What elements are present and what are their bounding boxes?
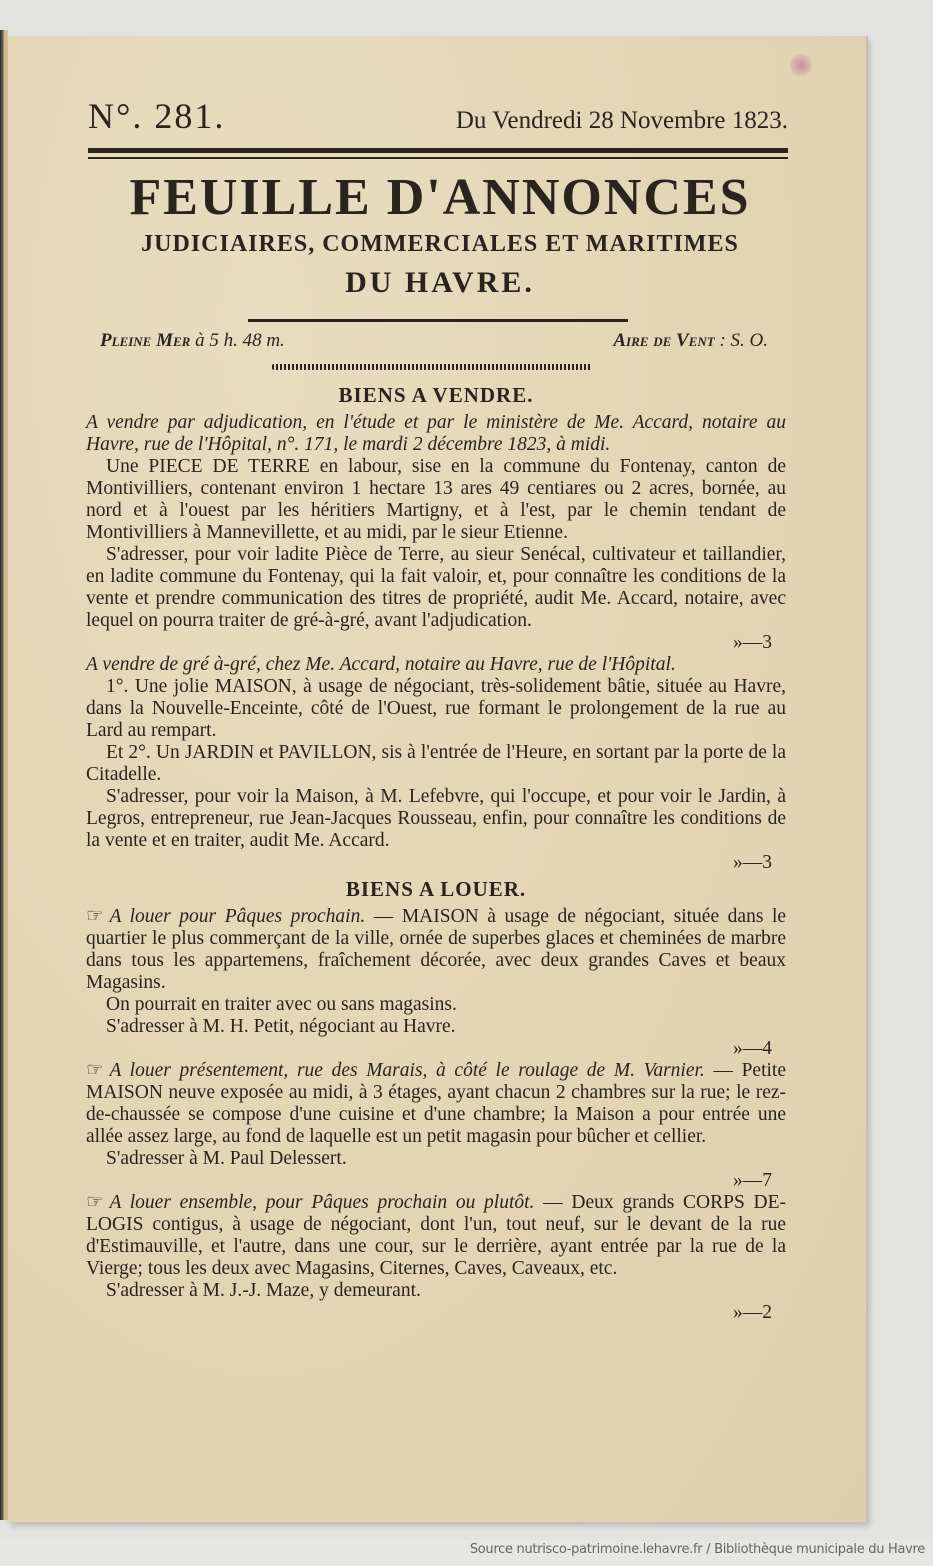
notice-rent-two-buildings: ☞A louer ensemble, pour Pâques prochain … <box>86 1192 786 1324</box>
masthead-rule-thin <box>88 157 788 159</box>
notice-intro: A louer présentement, rue des Marais, à … <box>109 1060 704 1081</box>
issue-number: N°. 281. <box>88 95 225 137</box>
notice-sale-land: A vendre par adjudication, en l'étude et… <box>86 412 786 654</box>
issue-date: Du Vendredi 28 Novembre 1823. <box>456 107 788 135</box>
high-tide: Pleine Mer à 5 h. 48 m. <box>100 330 285 352</box>
section-heading-for-rent: BIENS A LOUER. <box>86 878 786 900</box>
notice-lead: ☞A louer présentement, rue des Marais, à… <box>86 1060 786 1148</box>
notice-reference: »—4 <box>86 1038 786 1060</box>
announcements-body: BIENS A VENDRE. A vendre par adjudicatio… <box>86 380 786 1324</box>
notice-paragraph: S'adresser, pour voir la Maison, à M. Le… <box>86 786 786 852</box>
notice-paragraph: On pourrait en traiter avec ou sans maga… <box>86 994 786 1016</box>
source-credit: Source nutrisco-patrimoine.lehavre.fr / … <box>470 1542 925 1557</box>
high-tide-value: à 5 h. 48 m. <box>195 330 285 351</box>
newspaper-title: FEUILLE D'ANNONCES <box>80 172 800 224</box>
notice-paragraph: 1°. Une jolie MAISON, à usage de négocia… <box>86 676 786 742</box>
notice-reference: »—7 <box>86 1170 786 1192</box>
notice-intro: A louer ensemble, pour Pâques prochain o… <box>109 1192 534 1213</box>
notice-reference: »—2 <box>86 1302 786 1324</box>
wind: Aire de Vent : S. O. <box>613 330 768 352</box>
title-rule <box>248 319 628 322</box>
section-heading-for-sale: BIENS A VENDRE. <box>86 384 786 406</box>
newspaper-place: DU HAVRE. <box>80 268 800 298</box>
masthead-row: N°. 281. Du Vendredi 28 Novembre 1823. <box>88 95 788 137</box>
notice-intro: A vendre par adjudication, en l'étude et… <box>86 412 786 456</box>
notice-rent-merchant-house: ☞A louer pour Pâques prochain. — MAISON … <box>86 906 786 1060</box>
tide-info: Pleine Mer à 5 h. 48 m. Aire de Vent : S… <box>100 330 768 352</box>
newspaper-subtitle: JUDICIAIRES, COMMERCIALES ET MARITIMES <box>80 232 800 256</box>
masthead-rule-thick <box>88 148 788 153</box>
notice-paragraph: S'adresser, pour voir ladite Pièce de Te… <box>86 544 786 632</box>
notice-paragraph: S'adresser à M. J.-J. Maze, y demeurant. <box>86 1280 786 1302</box>
notice-sale-house: A vendre de gré à-gré, chez Me. Accard, … <box>86 654 786 874</box>
notice-reference: »—3 <box>86 632 786 654</box>
book-binding <box>0 30 8 1520</box>
notice-paragraph: S'adresser à M. H. Petit, négociant au H… <box>86 1016 786 1038</box>
notice-paragraph: S'adresser à M. Paul Delessert. <box>86 1148 786 1170</box>
wind-value: : S. O. <box>719 330 768 351</box>
notice-intro: A louer pour Pâques prochain. <box>109 906 365 927</box>
pointing-hand-icon: ☞ <box>86 1192 103 1213</box>
notice-rent-small-house: ☞A louer présentement, rue des Marais, à… <box>86 1060 786 1192</box>
notice-paragraph: Une PIECE DE TERRE en labour, sise en la… <box>86 456 786 544</box>
notice-reference: »—3 <box>86 852 786 874</box>
ink-stain <box>790 52 812 78</box>
wavy-divider <box>272 364 592 370</box>
notice-intro: A vendre de gré à-gré, chez Me. Accard, … <box>86 654 786 676</box>
wind-label: Aire de Vent <box>613 330 714 351</box>
high-tide-label: Pleine Mer <box>100 330 190 351</box>
notice-lead: ☞A louer pour Pâques prochain. — MAISON … <box>86 906 786 994</box>
notice-paragraph: Et 2°. Un JARDIN et PAVILLON, sis à l'en… <box>86 742 786 786</box>
pointing-hand-icon: ☞ <box>86 1060 103 1081</box>
notice-lead: ☞A louer ensemble, pour Pâques prochain … <box>86 1192 786 1280</box>
pointing-hand-icon: ☞ <box>86 906 103 927</box>
